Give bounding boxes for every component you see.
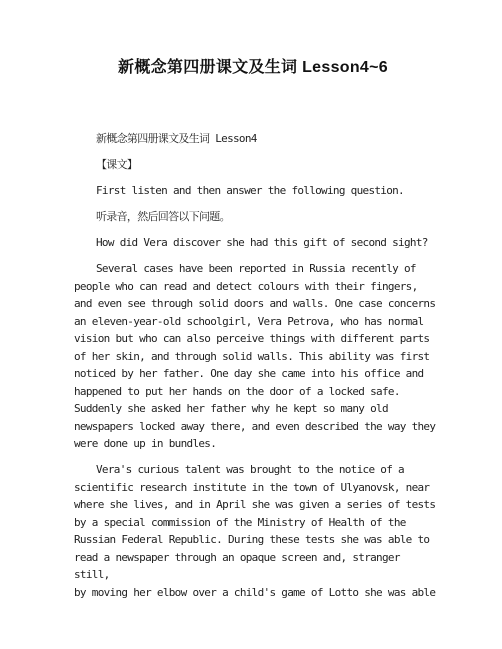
document-page[interactable]: 新概念第四册课文及生词 Lesson4~6 新概念第四册课文及生词 Lesson… <box>0 0 502 649</box>
document-subtitle: 新概念第四册课文及生词 Lesson4 <box>74 130 436 148</box>
instruction-english: First listen and then answer the followi… <box>74 182 436 200</box>
section-label: 【课文】 <box>74 156 436 174</box>
comprehension-question: How did Vera discover she had this gift … <box>74 234 436 252</box>
instruction-chinese: 听录音，然后回答以下问题。 <box>74 208 436 226</box>
body-paragraph: Vera's curious talent was brought to the… <box>74 461 436 601</box>
body-paragraph: Several cases have been reported in Russ… <box>74 260 436 453</box>
document-title: 新概念第四册课文及生词 Lesson4~6 <box>70 57 436 79</box>
